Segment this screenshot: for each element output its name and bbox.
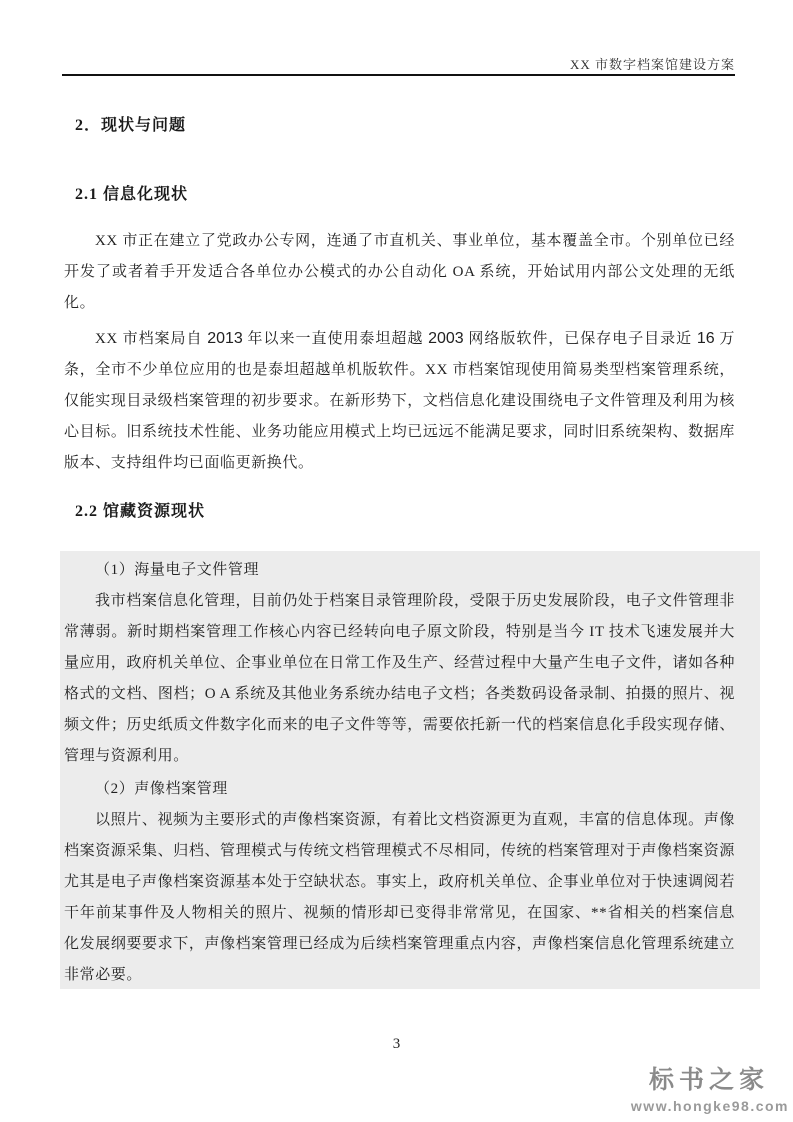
paragraph-archive-software: XX 市档案局自 2013 年以来一直使用泰坦超越 2003 网络版软件，已保存… [64,323,735,479]
section-2-2-content: （1）海量电子文件管理 我市档案信息化管理，目前仍处于档案目录管理阶段，受限于历… [64,553,735,993]
header-rule [62,74,735,76]
paragraph-office-network: XX 市正在建立了党政办公专网，连通了市直机关、事业单位，基本覆盖全市。个别单位… [64,226,735,319]
subsection-heading-2-2: 2.2 馆藏资源现状 [75,498,205,521]
paragraph-audio-visual-archives: 以照片、视频为主要形式的声像档案资源，有着比文档资源更为直观，丰富的信息体现。声… [64,805,735,991]
document-page: XX 市数字档案馆建设方案 2．现状与问题 2.1 信息化现状 XX 市正在建立… [0,0,793,1122]
list-item-2-title: （2）声像档案管理 [64,774,735,805]
watermark: 标书之家 www.hongke98.com [631,1060,789,1114]
page-number: 3 [0,1036,793,1053]
section-heading-2: 2．现状与问题 [75,112,186,135]
watermark-url-text: www.hongke98.com [631,1098,789,1114]
subsection-heading-2-1: 2.1 信息化现状 [75,181,188,204]
watermark-brand-text: 标书之家 [631,1060,769,1096]
list-item-1-title: （1）海量电子文件管理 [64,555,735,586]
page-header-title: XX 市数字档案馆建设方案 [570,54,735,73]
paragraph-electronic-files: 我市档案信息化管理，目前仍处于档案目录管理阶段，受限于历史发展阶段，电子文件管理… [64,586,735,772]
